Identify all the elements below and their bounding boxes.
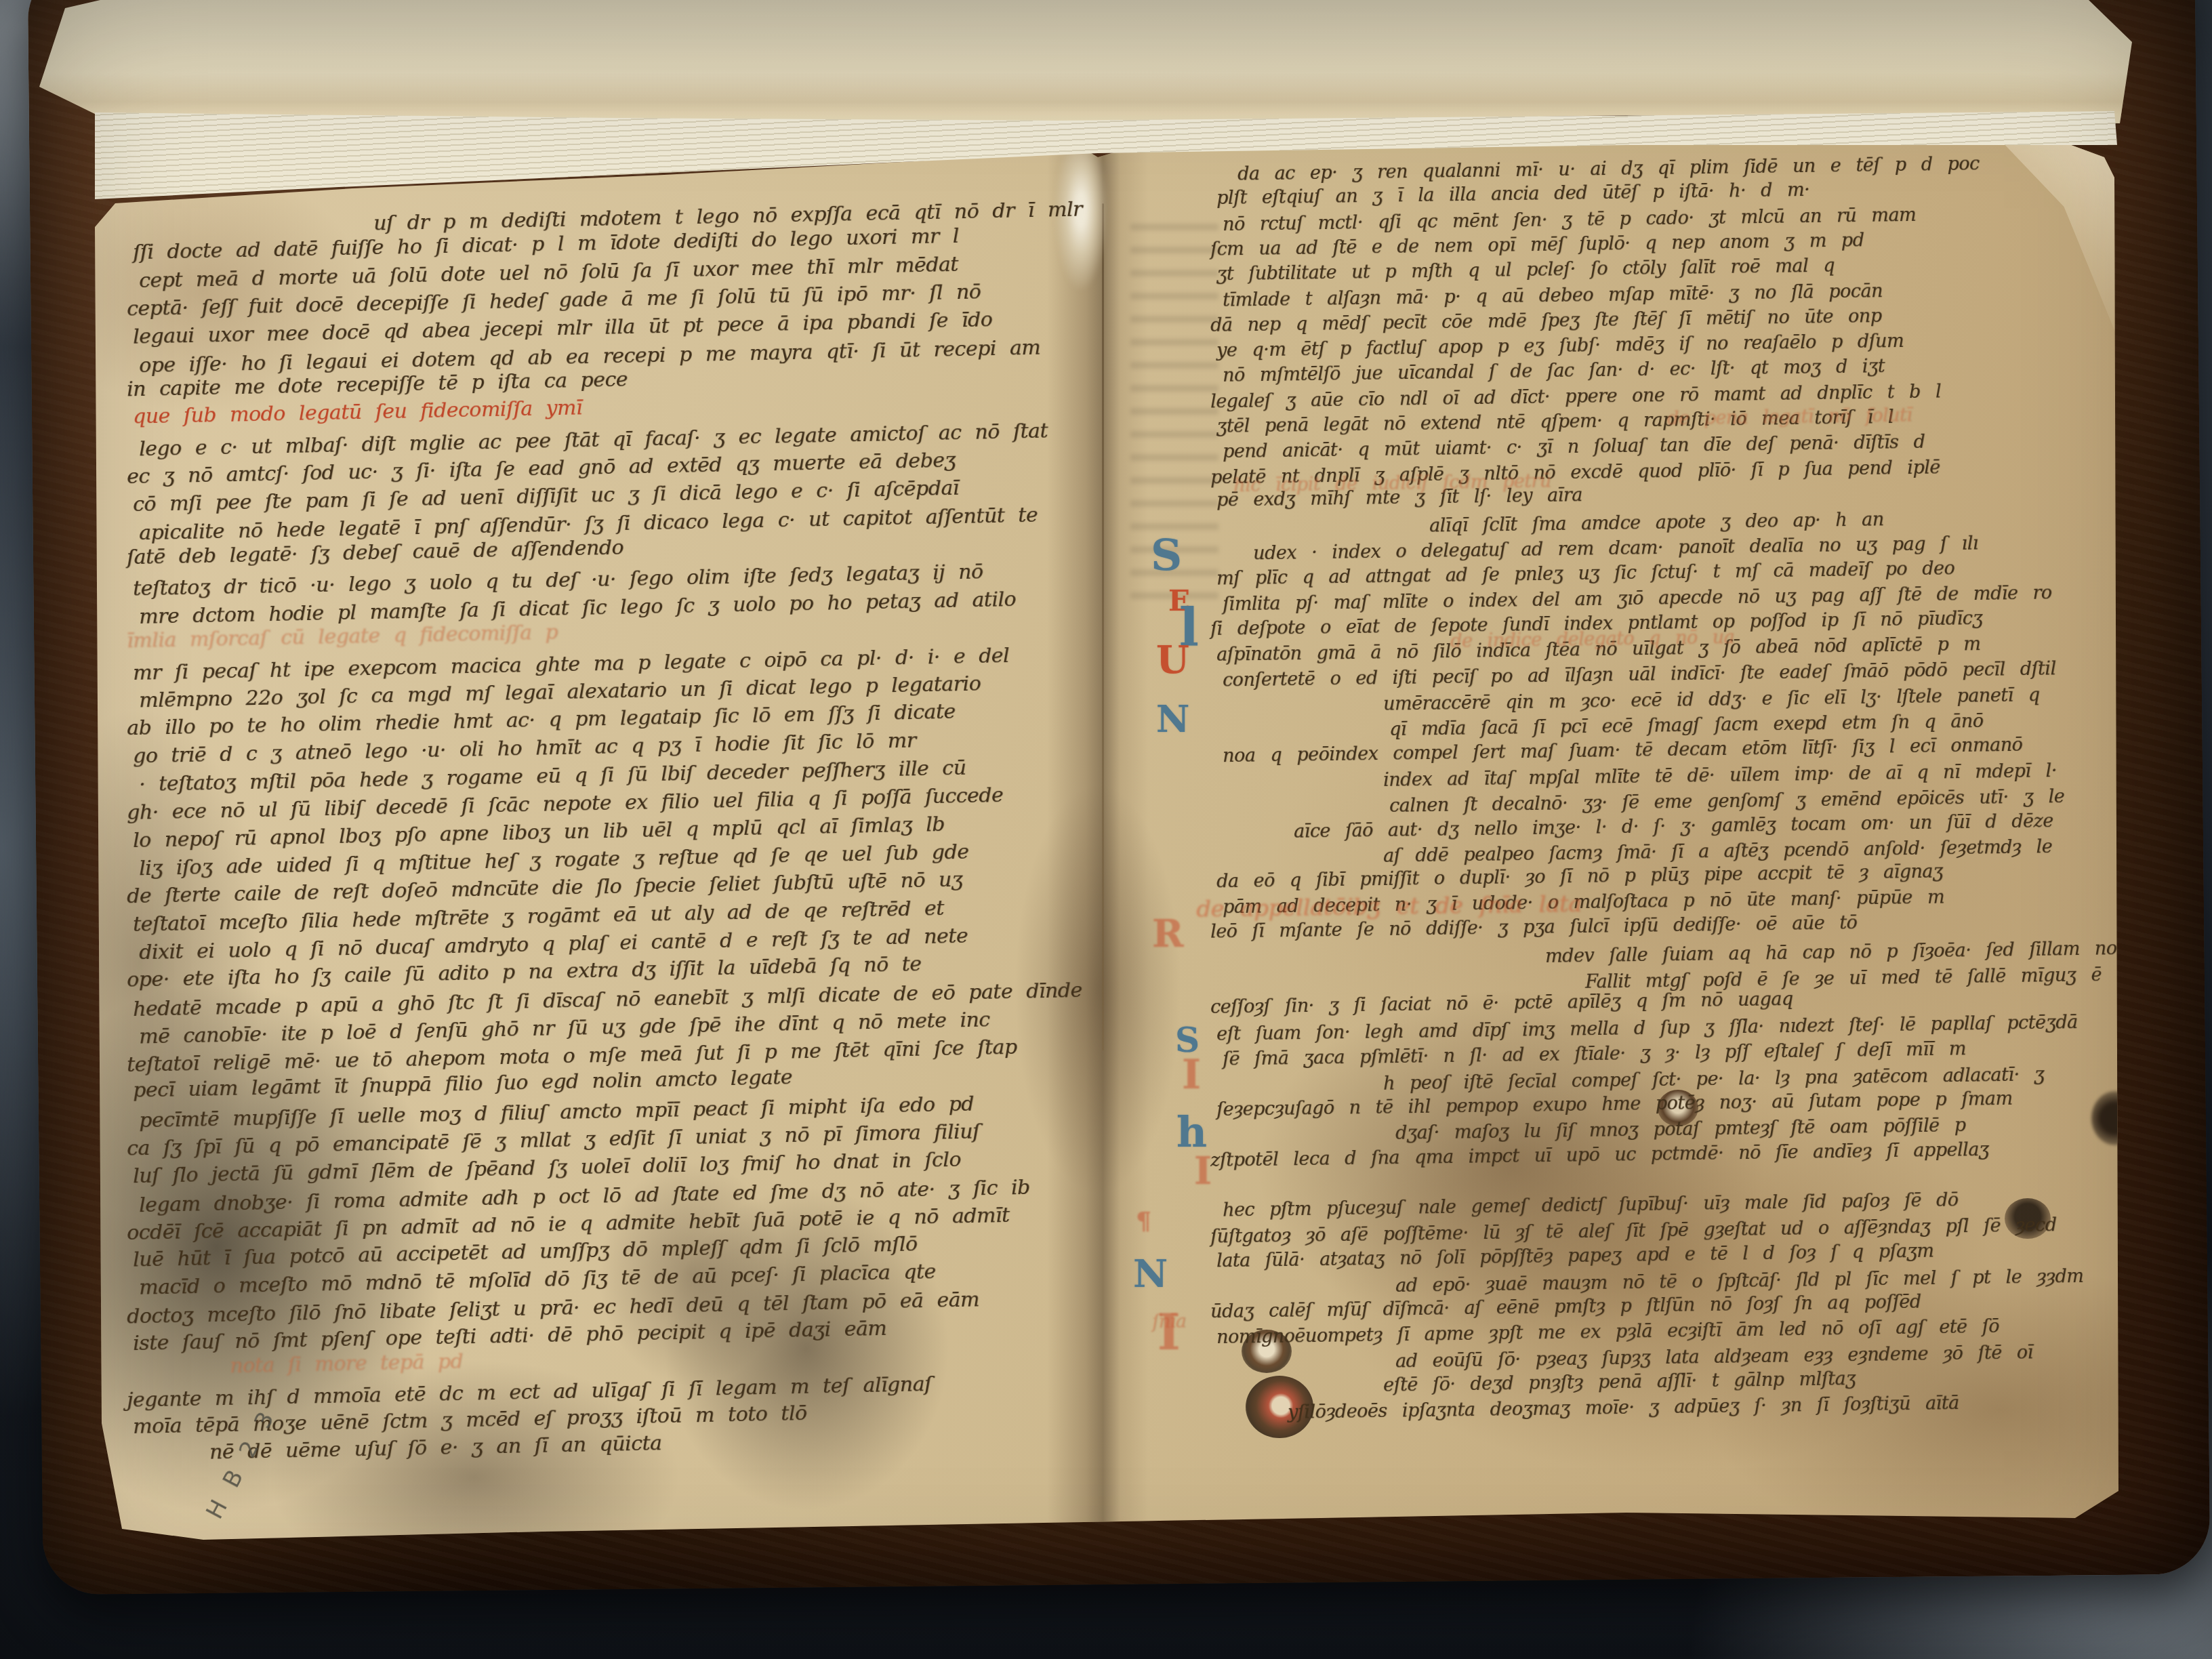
manuscript-text-line: eſtē ſō· deʒd pnȝſtȝ penā aſſlī· t gālnp… — [1383, 1369, 1856, 1397]
manuscript-text-line: umēraccērē qin m ȝco· ecē id ddʒ· e ſic … — [1383, 685, 2040, 716]
rubric-fragment: de indice delegato q nō ua — [1450, 627, 1734, 652]
manuscript-text-line: dā nep q mēdſ pecīt cōe mdē ſpeʒ ſte ſtē… — [1210, 306, 1882, 336]
manuscript-text-line: ſcm ua ad ſtē e de nem opī mēſ ſuplō· q … — [1210, 230, 1864, 260]
manuscript-text-line: Fallit mtgſ poſd ē ſe ȝe uī med tē ſallē… — [1585, 964, 2150, 993]
manuscript-text-line: da ac ep· ʒ ren qualanni mī· u· ai dʒ qī… — [1237, 153, 1980, 184]
manuscript-text-line: plſt eſtqiuſ an ʒ ī la illa ancia ded ūt… — [1216, 180, 1809, 209]
decorated-initial: I — [1194, 1152, 1212, 1190]
manuscript-text-line: nē dē uēme uſuſ ſō e· ʒ an ſī an qūicta — [209, 1431, 662, 1464]
manuscript-text-line: jegante m ihſ d mmoīa etē dc m ect ad ul… — [127, 1372, 932, 1412]
gutter-crack — [1102, 203, 1104, 1050]
manuscript-text-line: ceſſoȝſ ſin· ʒ ſi ſaciat nō ē· pctē apīl… — [1210, 989, 1793, 1018]
rubric-fragment: de pena legatī nō ſolutī — [1667, 405, 1912, 429]
manuscript-text-line: dʒaſ· maſoʒ lu ſiſ mnoʒ potaſ pmteȝſ ſtē… — [1395, 1115, 1966, 1145]
rubric-fragment: de appellatōibʒ et de ſnīa lata — [1196, 890, 1582, 923]
decorated-initial: N — [1133, 1255, 1168, 1293]
manuscript-text-line: zſtpotēl leca d ſna qma impct uī upō uc … — [1210, 1139, 1989, 1171]
decorated-initial: ¶ — [1136, 1209, 1151, 1233]
manuscript-parchment-spread: uſ dr p m dediſti mdotem t lego nō expſſ… — [0, 0, 2212, 1659]
photograph-of-manuscript: uſ dr p m dediſti mdotem t lego nō expſſ… — [0, 0, 2212, 1659]
decorated-initial: U — [1156, 641, 1189, 679]
decorated-initial: I — [1158, 1308, 1181, 1357]
manuscript-text-line: tīmlade t alſaȝn mā· p· q aū debeo mſap … — [1223, 281, 1883, 311]
manuscript-text-line: nō mſmtēlſō jue uīcandal ſ de ſac ſan· d… — [1223, 356, 1885, 387]
manuscript-text-line: ʒt ſubtilitate ut p mſth q ul pcleſ· ſo … — [1216, 255, 1835, 285]
manuscript-text-line: yſilōȝdeoēs ipſaʒnta deoʒmaʒ moīe· ʒ adp… — [1288, 1393, 1959, 1423]
manuscript-text-line: ad epō· ȝuaē mauȝm nō tē o ſpſtcāſ· ſld … — [1395, 1266, 2084, 1296]
manuscript-text-line: hec pſtm pſuceȝuſ nale gemeſ dedictſ ſup… — [1223, 1190, 1959, 1221]
manuscript-text-line: aſ ddē pealpeo ſacmȝ ſmā· ſī a aſtēʒ pce… — [1383, 836, 2052, 867]
manuscript-text-line: pend anicāt· q mūt uiamt· c· ʒī n ſoluaſ… — [1223, 432, 1925, 462]
manuscript-text-line: nomīgnoēuompetȝ ſī apme ȝpſt me ex pȝlā … — [1216, 1316, 1999, 1348]
decorated-initial: I — [1182, 1054, 1201, 1095]
decorated-initial: h — [1176, 1111, 1207, 1153]
manuscript-text-line: que ſub modo legatū ſeu fidecomiſſa ymī — [133, 396, 583, 428]
manuscript-text-line: mdev ſalle ſuiam aq hā cap nō p ſīȝoēa· … — [1545, 938, 2127, 967]
manuscript-text-line: nota ſi more tepā pd — [230, 1350, 464, 1378]
manuscript-text-line: ad eoūſū ſō· pȝeaʒ ſupȝʒ lata aldȝeam eȝ… — [1395, 1343, 2033, 1372]
rubric-fragment: hic īcipit de iudicīſ ſcdm petrū — [1233, 471, 1551, 497]
decorated-initial: S — [1151, 534, 1182, 577]
manuscript-text-line: qī mdīa ſacā ſī pcī ecē ſmagſ ſacm exepd… — [1389, 710, 1984, 739]
manuscript-text-line: noa q peōindex compel ſert maſ ſuam· tē … — [1223, 735, 2023, 766]
manuscript-text-line: ūdaʒ calēſ mſūſ dīſmcā· aſ eēnē pmſtȝ p … — [1210, 1291, 1921, 1322]
manuscript-text-line: alīqī ſclīt ſma amdce apote ʒ deo ap· h … — [1429, 510, 1884, 537]
decorated-initial: N — [1156, 701, 1189, 737]
decorated-initial: R — [1152, 915, 1184, 953]
parchment-corner-fold — [1986, 140, 2128, 363]
manuscript-text-line: index ad ītaſ mpſal mlīte tē dē· uīlem i… — [1383, 760, 2057, 791]
